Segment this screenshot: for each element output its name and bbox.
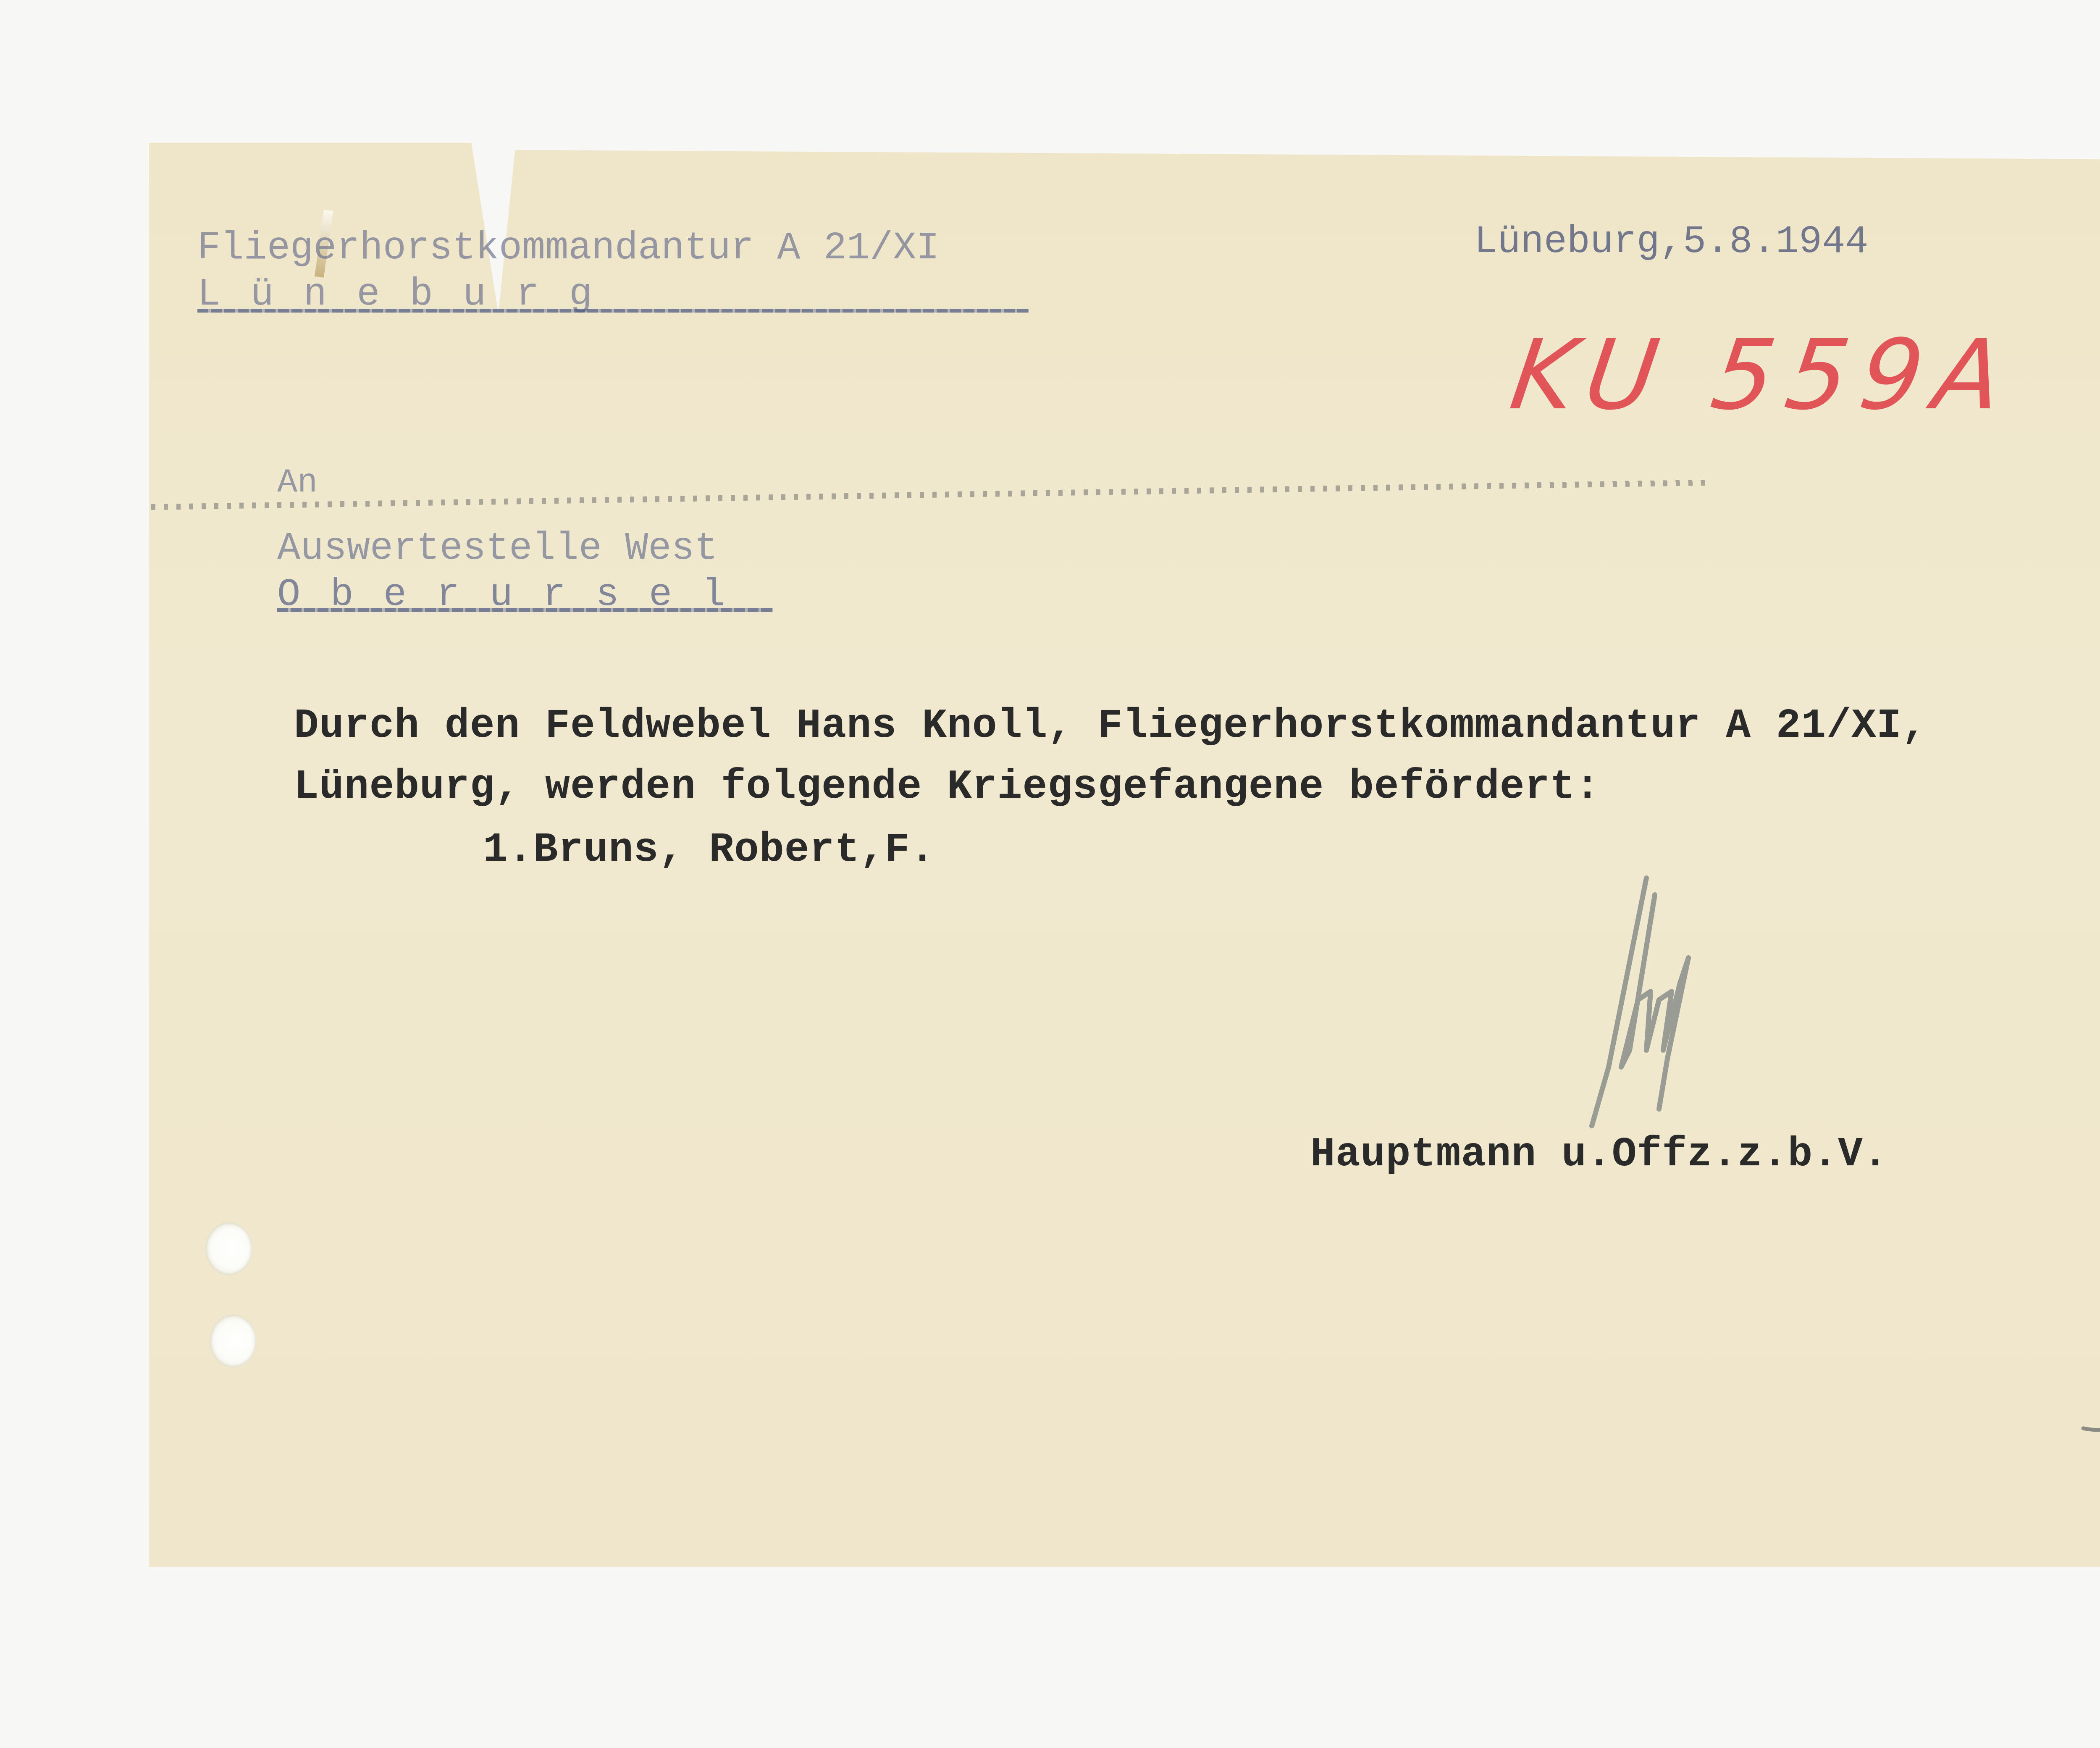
signatory-title: Hauptmann u.Offz.z.b.V. [1310, 1134, 1888, 1175]
scan-stage: Fliegerhorstkommandantur A 21/XI L ü n e… [0, 0, 2100, 1748]
body-line-1: Durch den Feldwebel Hans Knoll, Fliegerh… [294, 706, 1927, 747]
letterhead-city: L ü n e b u r g [197, 275, 596, 314]
letterhead-unit: Fliegerhorstkommandantur A 21/XI [197, 229, 940, 268]
place-date: Lüneburg,5.8.1944 [1474, 223, 1869, 261]
prisoner-list-item: 1.Bruns, Robert,F. [483, 830, 935, 871]
recipient-office: Auswertestelle West [277, 529, 718, 568]
handwritten-signature-icon [1550, 874, 1743, 1134]
reference-mark: KU 559A [1504, 319, 2021, 431]
body-line-2: Lüneburg, werden folgende Kriegsgefangen… [294, 767, 1600, 808]
punch-hole-bottom [210, 1315, 256, 1367]
punch-hole-top [206, 1222, 252, 1275]
pencil-stroke-mark [2075, 1290, 2100, 1441]
letterhead-underline [197, 309, 1029, 313]
recipient-underline [277, 608, 773, 612]
recipient-salutation: An [277, 466, 318, 500]
